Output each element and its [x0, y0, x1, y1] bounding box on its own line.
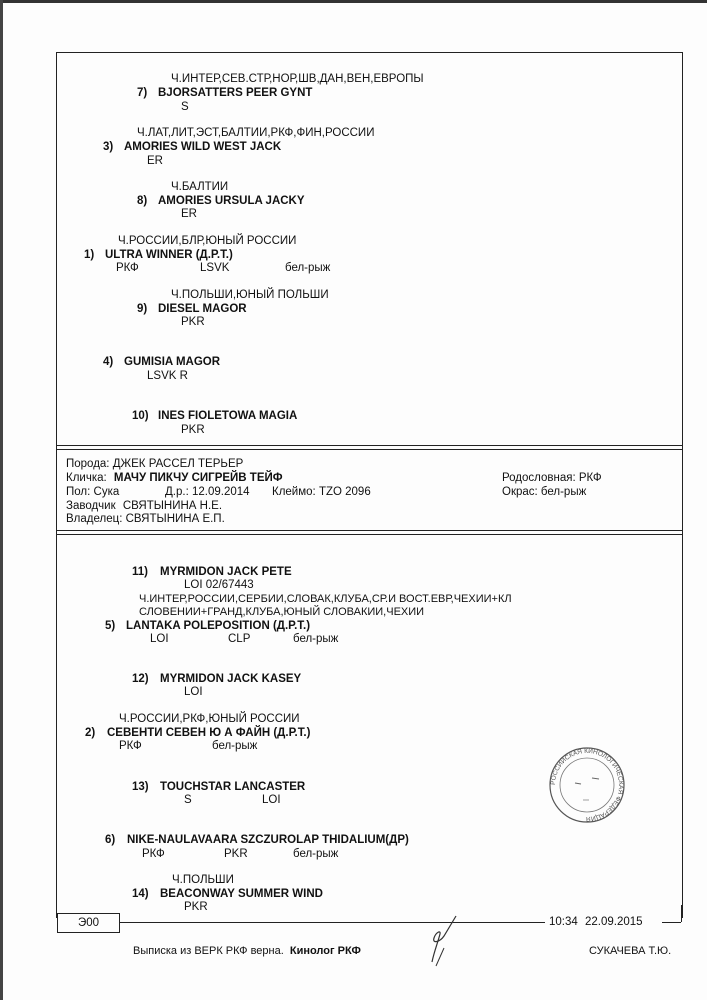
ancestor-detail: LSVK — [200, 262, 229, 275]
ancestor-number: 5) — [105, 620, 115, 633]
breed-row: Порода: ДЖЕК РАССЕЛ ТЕРЬЕР — [66, 458, 243, 471]
breed-value: ДЖЕК РАССЕЛ ТЕРЬЕР — [113, 458, 244, 470]
ancestor-detail: ER — [147, 155, 163, 168]
ancestor-detail: LOI — [262, 794, 281, 807]
page-edge-top — [0, 0, 707, 3]
certification-text: Выписка из ВЕРК РКФ верна. — [133, 945, 284, 957]
ancestor-name: DIESEL MAGOR — [158, 303, 247, 316]
ancestor-name: BEACONWAY SUMMER WIND — [160, 888, 323, 901]
dob-value: 12.09.2014 — [192, 486, 250, 498]
ancestor-number: 2) — [85, 727, 95, 740]
ancestor-titles: Ч.ПОЛЬШИ,ЮНЫЙ ПОЛЬШИ — [171, 289, 329, 302]
ancestor-name: NIKE-NAULAVAARA SZCZUROLAP THIDALIUM(ДР) — [127, 834, 409, 847]
ancestor-number: 11) — [132, 566, 148, 579]
ancestor-detail: S — [184, 794, 192, 807]
ancestor-name: СЕВЕНТИ СЕВЕН Ю А ФАЙН (Д.Р.Т.) — [107, 727, 310, 740]
section-divider-top — [56, 445, 682, 450]
ancestor-titles: Ч.ИНТЕР,СЕВ.СТР,НОР,ШВ,ДАН,ВЕН,ЕВРОПЫ — [171, 73, 424, 86]
owner-value: СВЯТЫНИНА Е.П. — [126, 513, 225, 525]
ancestor-number: 8) — [137, 195, 147, 208]
ancestor-number: 10) — [132, 410, 149, 423]
frame-corner — [681, 905, 682, 922]
color-row: Окрас: бел-рыж — [502, 486, 586, 499]
ancestor-name: INES FIOLETOWA MAGIA — [158, 410, 297, 423]
ancestor-name: GUMISIA MAGOR — [124, 356, 220, 369]
color-value: бел-рыж — [541, 486, 586, 498]
breeder-label: Заводчик — [66, 500, 116, 512]
ancestor-number: 1) — [84, 249, 94, 262]
ancestor-detail: LSVK R — [147, 370, 188, 383]
ancestor-detail: РКФ — [116, 262, 139, 275]
name-row: Кличка: МАЧУ ПИКЧУ СИГРЕЙВ ТЕЙФ — [66, 472, 283, 485]
breed-label: Порода: — [66, 458, 110, 470]
sex-value: Сука — [94, 486, 120, 498]
ancestor-titles: Ч.ИНТЕР,РОССИИ,СЕРБИИ,СЛОВАК,КЛУБА,СР.И … — [139, 593, 512, 606]
ancestor-detail: LOI 02/67443 — [184, 579, 254, 592]
page-edge-left — [0, 0, 3, 1000]
ancestor-detail: CLP — [228, 633, 250, 646]
ancestor-number: 14) — [132, 888, 149, 901]
signature-icon — [410, 912, 470, 967]
owner-label: Владелец: — [66, 513, 122, 525]
ancestor-detail: PKR — [184, 901, 208, 914]
ancestor-number: 4) — [103, 356, 113, 369]
print-time: 10:34 — [549, 916, 578, 928]
ancestor-detail: LOI — [150, 633, 169, 646]
ancestor-detail: PKR — [224, 848, 248, 861]
dob-label: Д.р.: — [165, 486, 189, 498]
document-code: Э00 — [57, 913, 120, 933]
ancestor-detail: бел-рыж — [293, 848, 338, 861]
ancestor-detail: бел-рыж — [212, 740, 257, 753]
ancestor-titles: Ч.ПОЛЬШИ — [172, 874, 234, 887]
signatory-name: СУКАЧЕВА Т.Ю. — [589, 945, 671, 958]
pedigree-value: РКФ — [579, 472, 602, 484]
ancestor-number: 9) — [137, 303, 147, 316]
ancestor-number: 6) — [105, 834, 115, 847]
ancestor-titles: Ч.РОССИИ,БЛР,ЮНЫЙ РОССИИ — [118, 235, 296, 248]
brand-row: Клеймо: TZO 2096 — [272, 486, 371, 499]
ancestor-name: AMORIES URSULA JACKY — [158, 195, 305, 208]
ancestor-name: TOUCHSTAR LANCASTER — [160, 781, 305, 794]
sex-row: Пол: Сука — [66, 486, 119, 499]
name-label: Кличка: — [66, 472, 107, 484]
ancestor-detail: бел-рыж — [285, 262, 330, 275]
ancestor-titles-continued: СЛОВЕНИИ+ГРАНД,КЛУБА,ЮНЫЙ СЛОВАКИИ,ЧЕХИИ — [139, 606, 424, 619]
ancestor-name: AMORIES WILD WEST JACK — [124, 141, 281, 154]
dob-row: Д.р.: 12.09.2014 — [165, 486, 250, 499]
ancestor-titles: Ч.РОССИИ,РКФ,ЮНЫЙ РОССИИ — [119, 713, 300, 726]
ancestor-detail: S — [181, 101, 189, 114]
ancestor-number: 3) — [103, 141, 113, 154]
ancestor-name: ULTRA WINNER (Д.Р.Т.) — [105, 249, 233, 262]
ancestor-name: MYRMIDON JACK PETE — [160, 566, 292, 579]
pedigree-label: Родословная: — [502, 472, 576, 484]
ancestor-detail: бел-рыж — [293, 633, 338, 646]
ancestor-number: 7) — [137, 87, 147, 100]
ancestor-name: MYRMIDON JACK KASEY — [160, 673, 301, 686]
footer-rule — [120, 922, 545, 923]
seal-stamp-icon: РОССИЙСКАЯ КИНОЛОГИЧЕСКАЯ ФЕДЕРАЦИЯ — [547, 745, 627, 825]
cynologist-role: Кинолог РКФ — [290, 945, 361, 957]
footer-rule-right — [662, 922, 681, 923]
ancestor-detail: PKR — [181, 316, 205, 329]
color-label: Окрас: — [502, 486, 538, 498]
ancestor-name: BJORSATTERS PEER GYNT — [158, 87, 312, 100]
certification-line: Выписка из ВЕРК РКФ верна. Кинолог РКФ — [133, 945, 361, 958]
breeder-row: Заводчик СВЯТЫНИНА Н.Е. — [66, 500, 222, 513]
ancestor-name: LANTAKA POLEPOSITION (Д.Р.Т.) — [126, 620, 310, 633]
ancestor-titles: Ч.ЛАТ,ЛИТ,ЭСТ,БАЛТИИ,РКФ,ФИН,РОССИИ — [137, 127, 374, 140]
ancestor-detail: ER — [181, 208, 197, 221]
ancestor-detail: LOI — [184, 686, 203, 699]
section-divider-bottom — [56, 530, 682, 535]
ancestor-detail: РКФ — [142, 848, 165, 861]
brand-label: Клеймо: — [272, 486, 316, 498]
pedigree-row: Родословная: РКФ — [502, 472, 602, 485]
sex-label: Пол: — [66, 486, 90, 498]
ancestor-number: 12) — [132, 673, 149, 686]
ancestor-detail: PKR — [181, 424, 205, 437]
print-timestamp: 10:34 22.09.2015 — [549, 916, 643, 929]
dog-name: МАЧУ ПИКЧУ СИГРЕЙВ ТЕЙФ — [114, 472, 283, 484]
owner-row: Владелец: СВЯТЫНИНА Е.П. — [66, 513, 225, 526]
breeder-value: СВЯТЫНИНА Н.Е. — [123, 500, 222, 512]
print-date: 22.09.2015 — [585, 916, 643, 928]
ancestor-detail: РКФ — [119, 740, 142, 753]
brand-value: TZO 2096 — [319, 486, 371, 498]
ancestor-number: 13) — [132, 781, 149, 794]
ancestor-titles: Ч.БАЛТИИ — [171, 181, 228, 194]
